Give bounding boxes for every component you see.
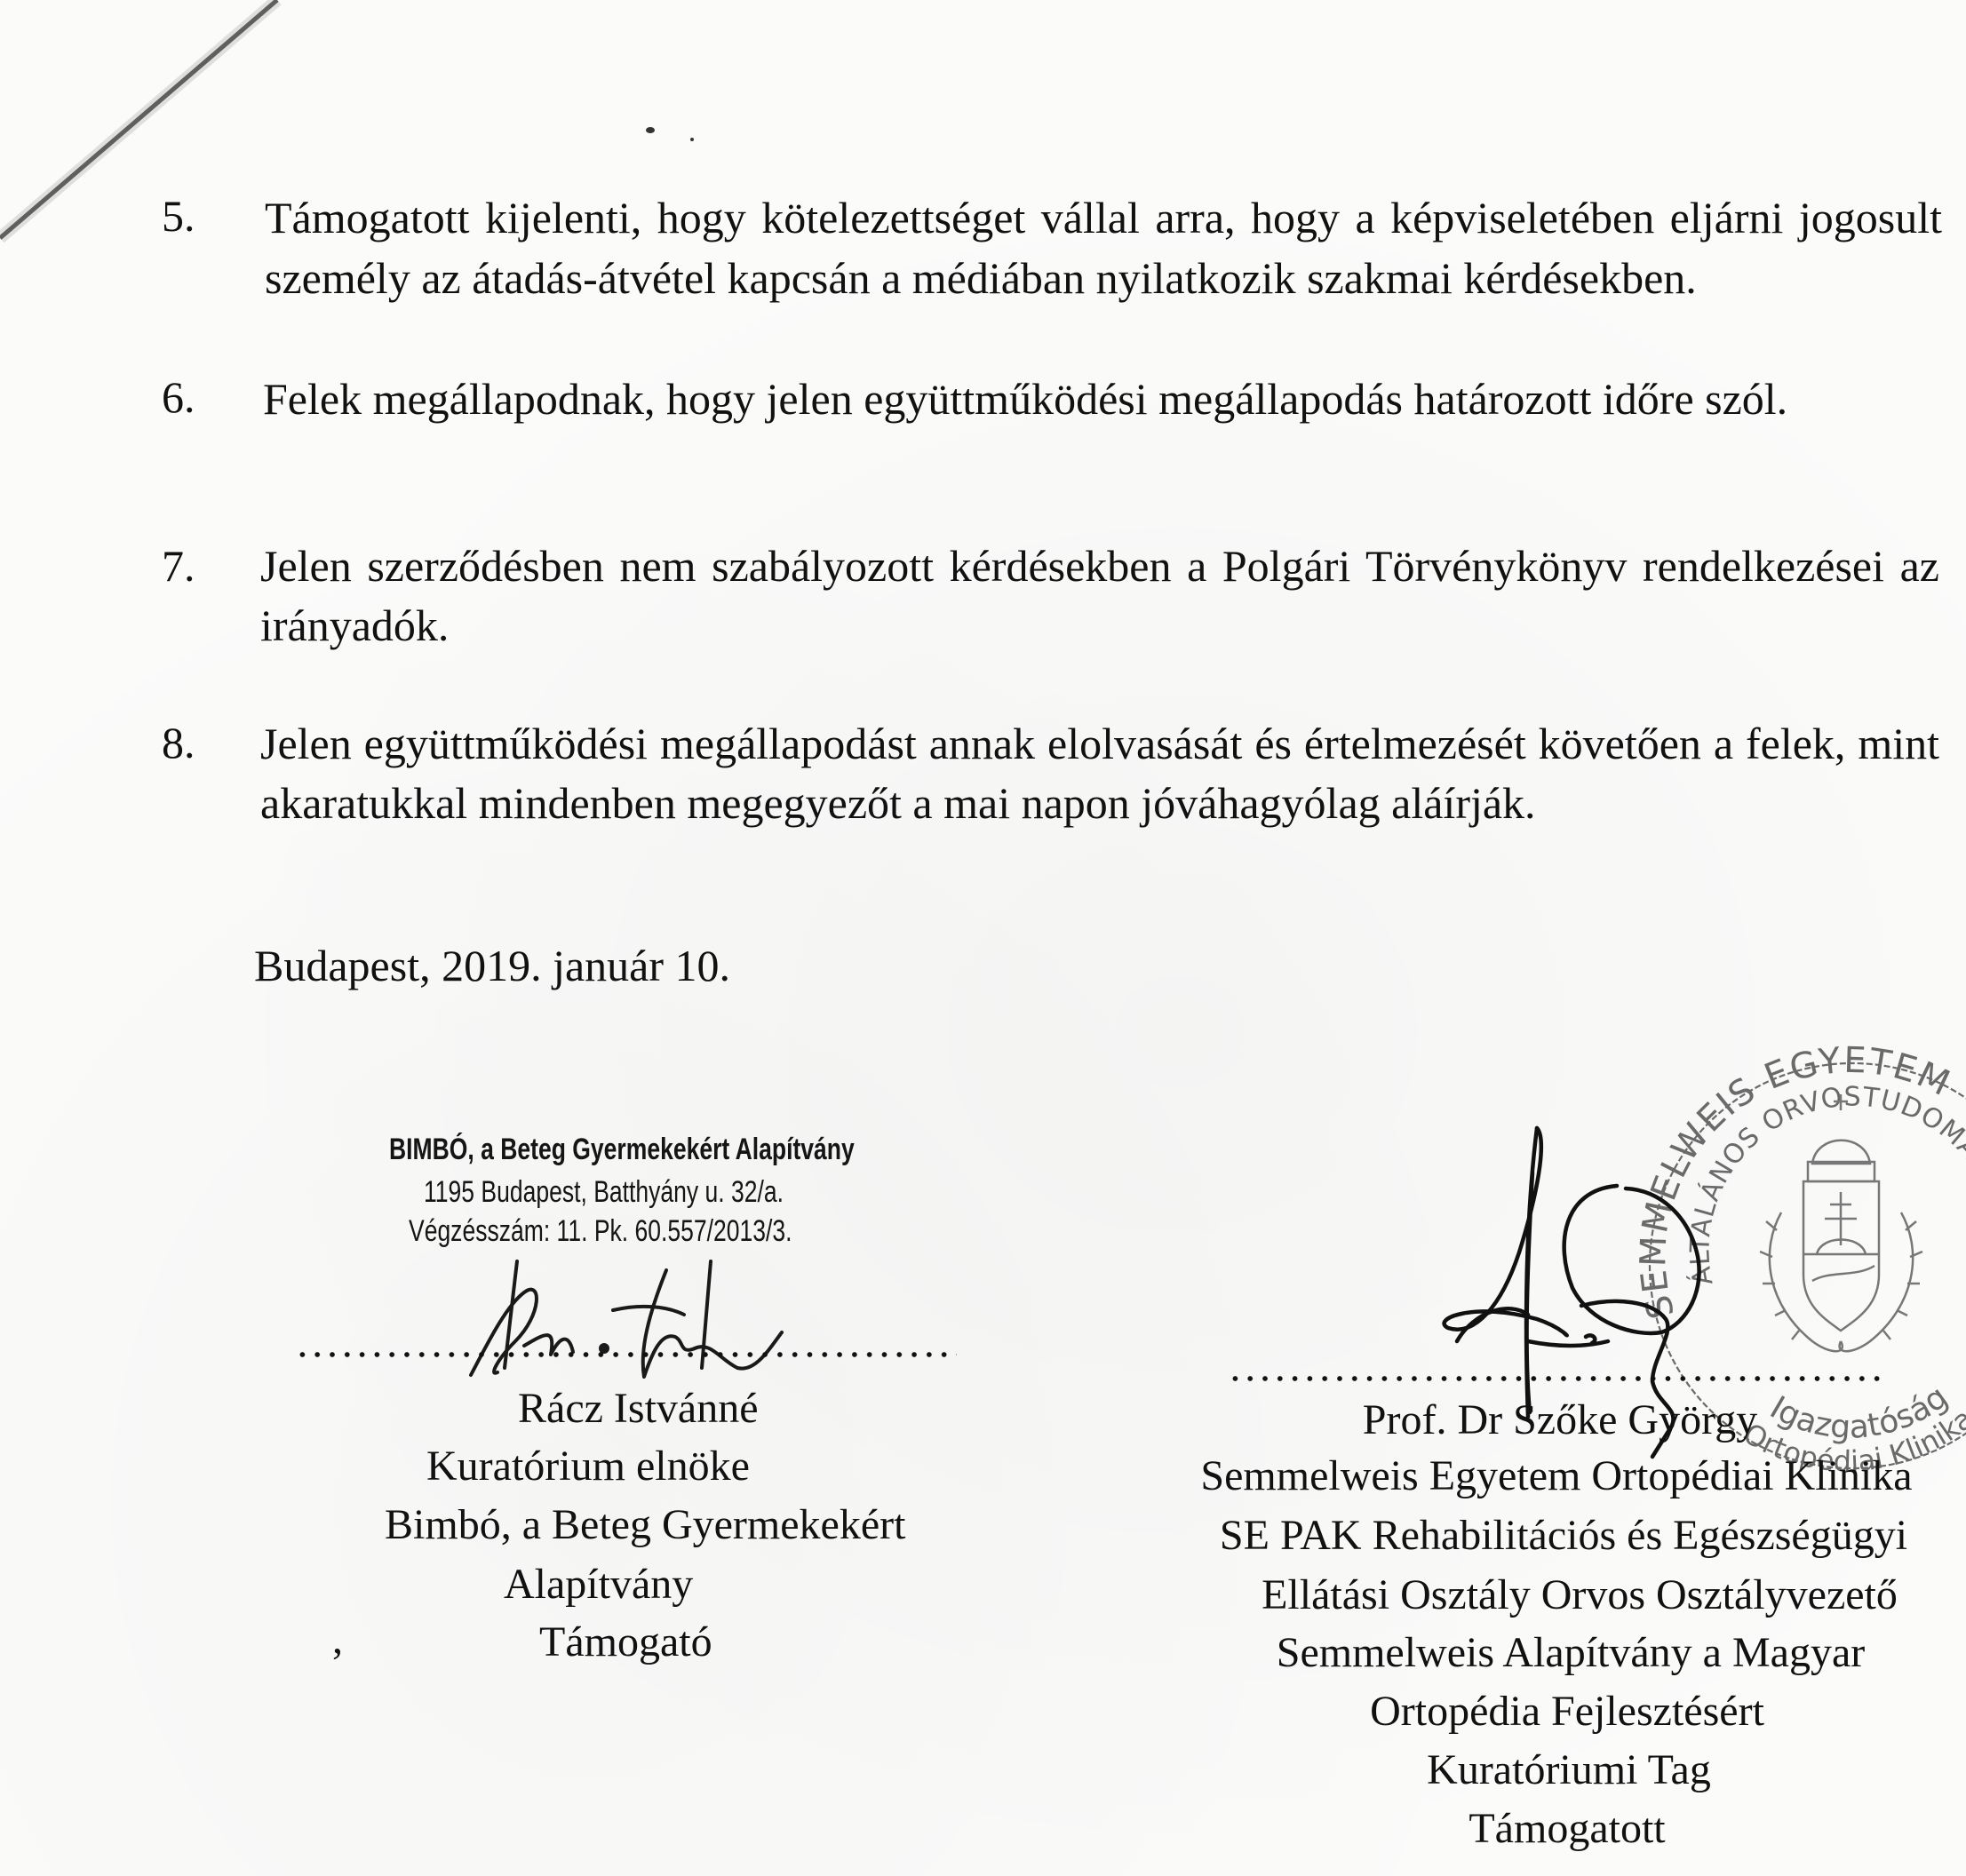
- scan-speck: [646, 127, 655, 133]
- signatory-title-line: Semmelweis Alapítvány a Magyar: [1277, 1632, 1866, 1674]
- stray-mark: ,: [332, 1618, 343, 1661]
- party-role: Támogatott: [1469, 1808, 1665, 1850]
- signatory-org: Alapítvány: [504, 1563, 693, 1606]
- coat-of-arms-icon: [1760, 1094, 1922, 1351]
- clause-text-line: Támogatott kijelenti, hogy kötelezettség…: [265, 195, 1942, 240]
- signatory-role: Kuratórium elnöke: [426, 1445, 750, 1488]
- signatory-name: Prof. Dr Szőke György: [1363, 1399, 1757, 1442]
- stamp-line: 1195 Budapest, Batthyány u. 32/a.: [424, 1177, 784, 1207]
- clause-text-line: Jelen szerződésben nem szabályozott kérd…: [260, 544, 1939, 588]
- signatory-org: Bimbó, a Beteg Gyermekekért: [385, 1504, 905, 1546]
- clause-text-line: irányadók.: [260, 603, 449, 648]
- clause-text-line: személy az átadás-átvétel kapcsán a médi…: [265, 256, 1697, 300]
- right-signature: [1439, 1119, 1777, 1439]
- left-signature-line: [295, 1352, 957, 1357]
- clause-number: 6.: [162, 375, 195, 419]
- stamp-line: BIMBÓ, a Beteg Gyermekekért Alapítvány: [389, 1134, 855, 1165]
- signatory-title-line: Semmelweis Egyetem Ortopédiai Klinika: [1200, 1455, 1912, 1498]
- signatory-title-line: Kuratóriumi Tag: [1427, 1749, 1711, 1792]
- signatory-title-line: Ortopédia Fejlesztésért: [1370, 1690, 1764, 1733]
- right-signature-line: [1228, 1376, 1885, 1381]
- clause-number: 5.: [162, 194, 195, 238]
- party-role: Támogató: [539, 1621, 712, 1664]
- signatory-title-line: Ellátási Osztály Orvos Osztályvezető: [1262, 1574, 1898, 1617]
- left-signature: [462, 1244, 871, 1395]
- scan-speck: [690, 138, 694, 141]
- signatory-title-line: SE PAK Rehabilitációs és Egészségügyi: [1220, 1514, 1907, 1557]
- clause-text-line: Jelen együttműködési megállapodást annak…: [260, 721, 1939, 766]
- place-date: Budapest, 2019. január 10.: [254, 943, 730, 988]
- clause-number: 8.: [162, 720, 195, 765]
- stamp-line: Végzésszám: 11. Pk. 60.557/2013/3.: [409, 1216, 792, 1246]
- clause-number: 7.: [162, 544, 195, 588]
- signatory-name: Rácz Istvánné: [518, 1387, 759, 1430]
- clause-text-line: Felek megállapodnak, hogy jelen együttmű…: [263, 377, 1787, 421]
- clause-text-line: akaratukkal mindenben megegyezőt a mai n…: [260, 781, 1536, 825]
